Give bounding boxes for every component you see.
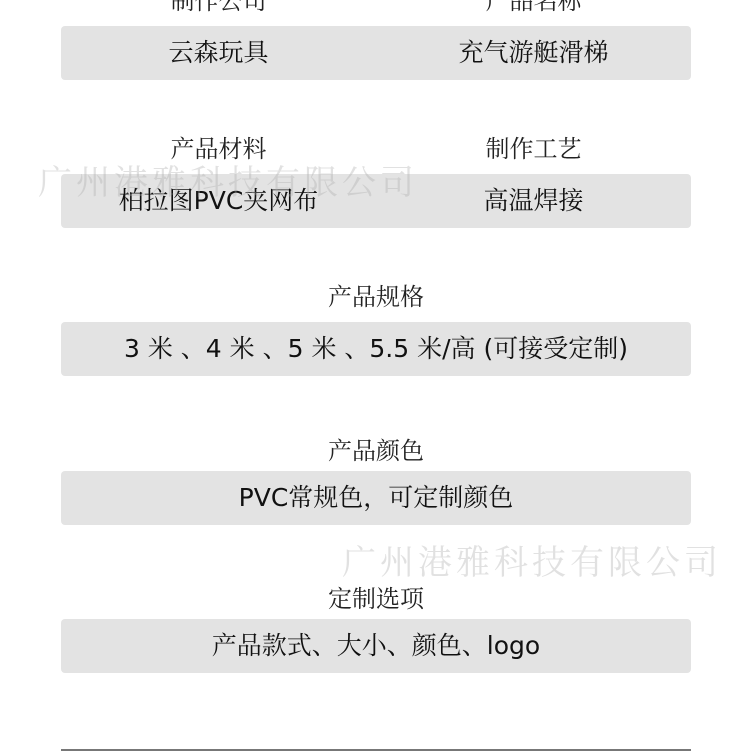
watermark-text: 广州港雅科技有限公司 (342, 535, 722, 584)
product-name-value: 充气游艇滑梯 (376, 26, 691, 80)
bottom-divider (61, 749, 691, 751)
process-value: 高温焊接 (376, 174, 691, 228)
color-value: PVC常规色，可定制颜色 (61, 471, 691, 525)
spec-value: 3 米 、4 米 、5 米 、5.5 米/高 (可接受定制) (61, 322, 691, 376)
process-label: 制作工艺 (376, 134, 691, 164)
color-label: 产品颜色 (61, 436, 691, 466)
product-name-label: 产品名称 (376, 0, 691, 16)
company-value: 云森玩具 (61, 26, 376, 80)
custom-options-label: 定制选项 (61, 584, 691, 614)
spec-label: 产品规格 (61, 282, 691, 312)
company-label: 制作公司 (61, 0, 376, 16)
material-label: 产品材料 (61, 134, 376, 164)
material-value: 柏拉图PVC夹网布 (61, 174, 376, 228)
custom-options-value: 产品款式、大小、颜色、logo (61, 619, 691, 673)
